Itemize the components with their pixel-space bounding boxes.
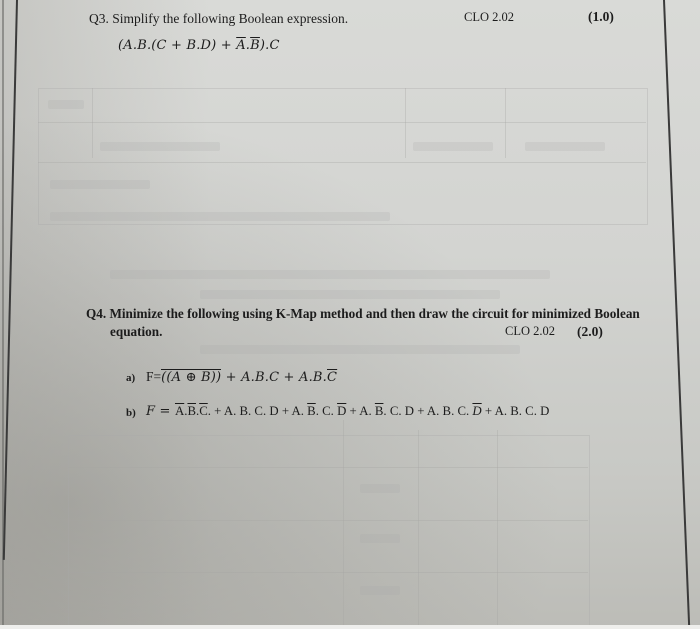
q4-title-line1: Q4. Minimize the following using K-Map m…: [86, 306, 640, 322]
complement-variable: D: [472, 404, 481, 418]
q3-title: Q3. Simplify the following Boolean expre…: [89, 11, 348, 27]
xor-term: ((A ⊕ B)): [161, 369, 221, 385]
part-b-label: b): [126, 407, 136, 419]
page-border-left: [3, 0, 18, 560]
complement-variable: A: [175, 404, 184, 418]
part-b-term: + A. B. C. D: [350, 404, 418, 418]
bottom-strip: [0, 625, 700, 629]
part-b-term: + A. B. C. D: [485, 404, 549, 418]
q3-expression: (A.B.(C + B.D) + A.B).C: [118, 38, 280, 53]
q4-title-line2: equation.: [110, 324, 162, 340]
part-a-label: a): [126, 372, 135, 384]
complement-variable: C: [199, 404, 208, 418]
part-b-terms: A.B.C. + A. B. C. D + A. B. C. D + A. B.…: [175, 404, 549, 418]
part-b-term: + A. B. C. D: [282, 404, 350, 418]
c-bar: C: [327, 370, 337, 385]
part-b-term: + A. B. C. D: [417, 404, 485, 418]
q4-marks: (2.0): [577, 324, 603, 340]
b-bar: B: [250, 38, 260, 53]
q3-clo: CLO 2.02: [464, 10, 514, 25]
complement-variable: B: [187, 404, 196, 418]
complement-variable: B: [307, 404, 316, 418]
part-b-term: A.B.C.: [175, 404, 214, 418]
part-b-expression: F = A.B.C. + A. B. C. D + A. B. C. D + A…: [146, 404, 549, 419]
page-border-right: [663, 0, 690, 628]
complement-variable: D: [337, 404, 346, 418]
q4-clo: CLO 2.02: [505, 324, 555, 339]
part-b-term: + A. B. C. D: [214, 404, 282, 418]
a-bar: A: [236, 38, 246, 53]
q3-marks: (1.0): [588, 9, 614, 25]
part-a-expression: F=((A ⊕ B)) + A.B.C + A.B.C: [146, 369, 337, 385]
